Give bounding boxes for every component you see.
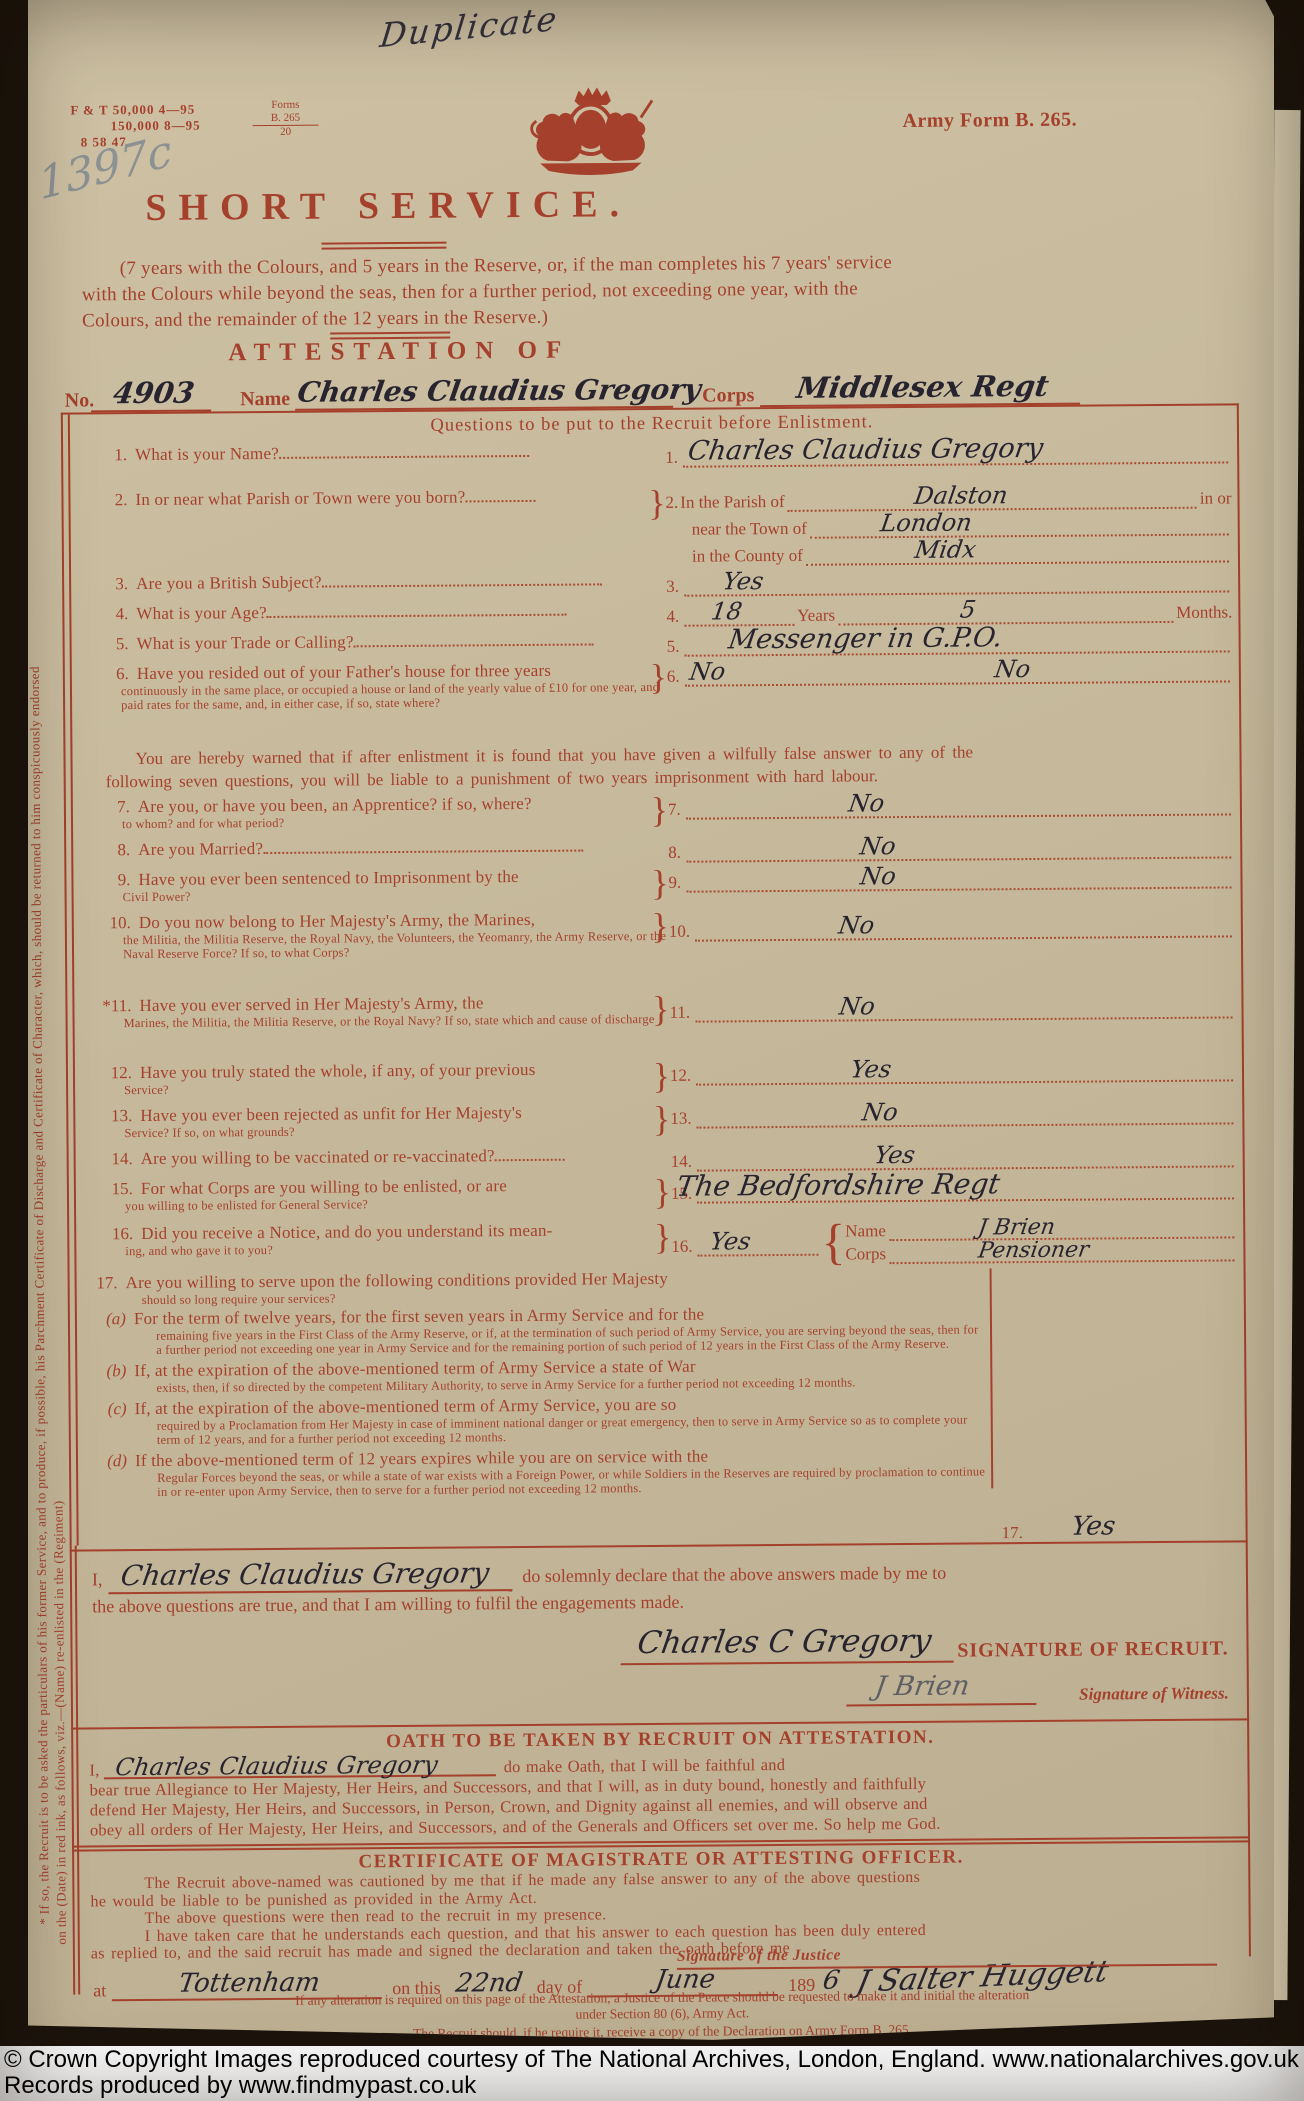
justice-signature-label: Signature of the Justice — [677, 1947, 841, 1965]
answer-trade: Messenger in G.P.O. — [727, 622, 1005, 655]
printer-code-line3: 8 58 47 — [71, 134, 201, 151]
declaration-section: I,Charles Claudius Gregorydo solemnly de… — [70, 1540, 1249, 1727]
condition-a: (a)For the term of twelve years, for the… — [96, 1302, 984, 1357]
question-row-16: 16.Did you receive a Notice, and do you … — [79, 1215, 1237, 1270]
question-row-2: 2.In or near what Parish or Town were yo… — [73, 481, 1232, 571]
magistrate-certificate-section: CERTIFICATE OF MAGISTRATE OR ATTESTING O… — [72, 1840, 1251, 1991]
recruit-signature-label: SIGNATURE OF RECRUIT. — [957, 1637, 1228, 1662]
answer-16-corps: Pensioner — [977, 1238, 1091, 1264]
answer-town: London — [879, 508, 974, 537]
witness-signature-handwriting: J Brien — [846, 1670, 1041, 1707]
royal-coat-of-arms-icon — [514, 76, 667, 179]
question-row-6: 6.Have you resided out of your Father's … — [75, 655, 1234, 738]
form-title: SHORT SERVICE. — [108, 182, 668, 230]
name-label: Name — [240, 388, 290, 411]
dot-leader — [495, 1157, 565, 1162]
dot-leader — [465, 498, 535, 503]
attestation-form-page: Duplicate 1397c F & T 50,000 4—95 150,00… — [28, 0, 1274, 2046]
recruit-signature-row: Charles C Gregory SIGNATURE OF RECRUIT. — [92, 1620, 1238, 1669]
justice-signature-label-area: Signature of the Justice — [677, 1943, 1237, 1969]
copyright-line1: © Crown Copyright Images reproduced cour… — [4, 2047, 1300, 2073]
condition-b: (b)If, at the expiration of the above-me… — [96, 1354, 984, 1395]
answer-9: No — [859, 862, 899, 890]
question-row-11: *11.Have you ever served in Her Majesty'… — [77, 987, 1235, 1060]
answer-3: Yes — [721, 567, 765, 595]
question-row-7: 7.Are you, or have you been, an Apprenti… — [76, 788, 1234, 837]
questions-box-title: Questions to be put to the Recruit befor… — [73, 409, 1231, 439]
corps-value: Middlesex Regt — [760, 369, 1085, 408]
forms-stamp: Forms B. 265 20 — [252, 99, 318, 140]
answer-16-name: J Brien — [977, 1215, 1057, 1241]
answer-12: Yes — [849, 1055, 893, 1083]
questions-box: Questions to be put to the Recruit befor… — [61, 403, 1248, 1545]
question-row-10: 10.Do you now belong to Her Majesty's Ar… — [77, 904, 1236, 993]
question-row-1: 1.What is your Name? 1.Charles Claudius … — [73, 436, 1231, 487]
question-row-13: 13.Have you ever been rejected as unfit … — [78, 1097, 1236, 1146]
question-17: 17.Are you willing to serve upon the fol… — [80, 1264, 1240, 1499]
printer-code-line2: 150,000 8—95 — [70, 118, 200, 135]
printer-codes: F & T 50,000 4—95 150,000 8—95 8 58 47 — [70, 102, 200, 151]
dot-leader — [322, 581, 602, 587]
corps-label: Corps — [702, 384, 754, 407]
brace-icon — [821, 1218, 845, 1264]
service-conditions: (a)For the term of twelve years, for the… — [96, 1300, 1239, 1499]
army-form-number: Army Form B. 265. — [902, 109, 1077, 133]
answer-14: Yes — [872, 1141, 916, 1169]
answer-11: No — [837, 992, 877, 1020]
fine-print-footer: If any alteration is required on this pa… — [73, 1985, 1251, 2044]
recruit-name-value: Charles Claudius Gregory — [295, 373, 678, 411]
answer-13: No — [861, 1098, 901, 1126]
oath-name-handwriting: Charles Claudius Gregory — [104, 1754, 499, 1779]
question-row-9: 9.Have you ever been sentenced to Impris… — [76, 861, 1234, 910]
scanned-document-photo: Duplicate 1397c F & T 50,000 4—95 150,00… — [0, 0, 1304, 2101]
answer-7: No — [847, 789, 887, 817]
oath-section: OATH TO BE TAKEN BY RECRUIT ON ATTESTATI… — [71, 1718, 1250, 1847]
answer-6: No — [687, 657, 727, 685]
copyright-line2: Records produced by www.findmypast.co.uk — [4, 2073, 1300, 2099]
dot-leader — [267, 612, 567, 618]
forms-stamp-line3: 20 — [253, 126, 319, 140]
answer-parish: Dalston — [912, 481, 1009, 510]
question-row-12: 12.Have you truly stated the whole, if a… — [78, 1054, 1236, 1103]
copyright-bar: © Crown Copyright Images reproduced cour… — [0, 2046, 1304, 2101]
duplicate-annotation: Duplicate — [378, 0, 561, 55]
recruit-signature-handwriting: Charles C Gregory — [621, 1623, 960, 1666]
witness-signature-label: Signature of Witness. — [1079, 1683, 1229, 1704]
dot-leader — [354, 641, 594, 647]
answer-10: No — [837, 911, 877, 939]
declaration-name-handwriting: Charles Claudius Gregory — [108, 1556, 517, 1594]
condition-c: (c)If, at the expiration of the above-me… — [97, 1392, 985, 1447]
condition-d: (d)If the above-mentioned term of 12 yea… — [97, 1444, 985, 1499]
printer-code-line1: F & T 50,000 4—95 — [70, 102, 200, 119]
title-rule — [321, 242, 446, 250]
answer-8: No — [859, 832, 899, 860]
dot-leader — [263, 848, 583, 855]
form-content: Duplicate 1397c F & T 50,000 4—95 150,00… — [22, 0, 1284, 2051]
answer-6b: No — [993, 655, 1033, 683]
question-row-15: 15.For what Corps are you willing to be … — [79, 1170, 1237, 1221]
answer-16: Yes — [708, 1227, 752, 1255]
answer-county: Midx — [913, 535, 978, 564]
witness-signature-row: J Brien Signature of Witness. — [93, 1668, 1239, 1712]
service-terms-note: (7 years with the Colours, and 5 years i… — [82, 248, 1175, 335]
service-number-value: 4903 — [91, 375, 216, 412]
conditions-divider-line — [990, 1268, 994, 1488]
attestation-heading: ATTESTATION OF — [109, 336, 689, 369]
forms-stamp-line2: B. 265 — [252, 112, 318, 127]
false-answer-warning: You are hereby warned that if after enli… — [75, 732, 1225, 797]
answer-age-years: 18 — [710, 597, 745, 625]
answer-17: 17.Yes — [1001, 1514, 1233, 1543]
answer-15: The Bedfordshire Regt — [674, 1167, 1002, 1203]
forms-stamp-line1: Forms — [252, 99, 318, 113]
answer-1: Charles Claudius Gregory — [685, 433, 1044, 467]
dot-leader — [279, 453, 529, 459]
number-label: No. — [65, 389, 95, 412]
